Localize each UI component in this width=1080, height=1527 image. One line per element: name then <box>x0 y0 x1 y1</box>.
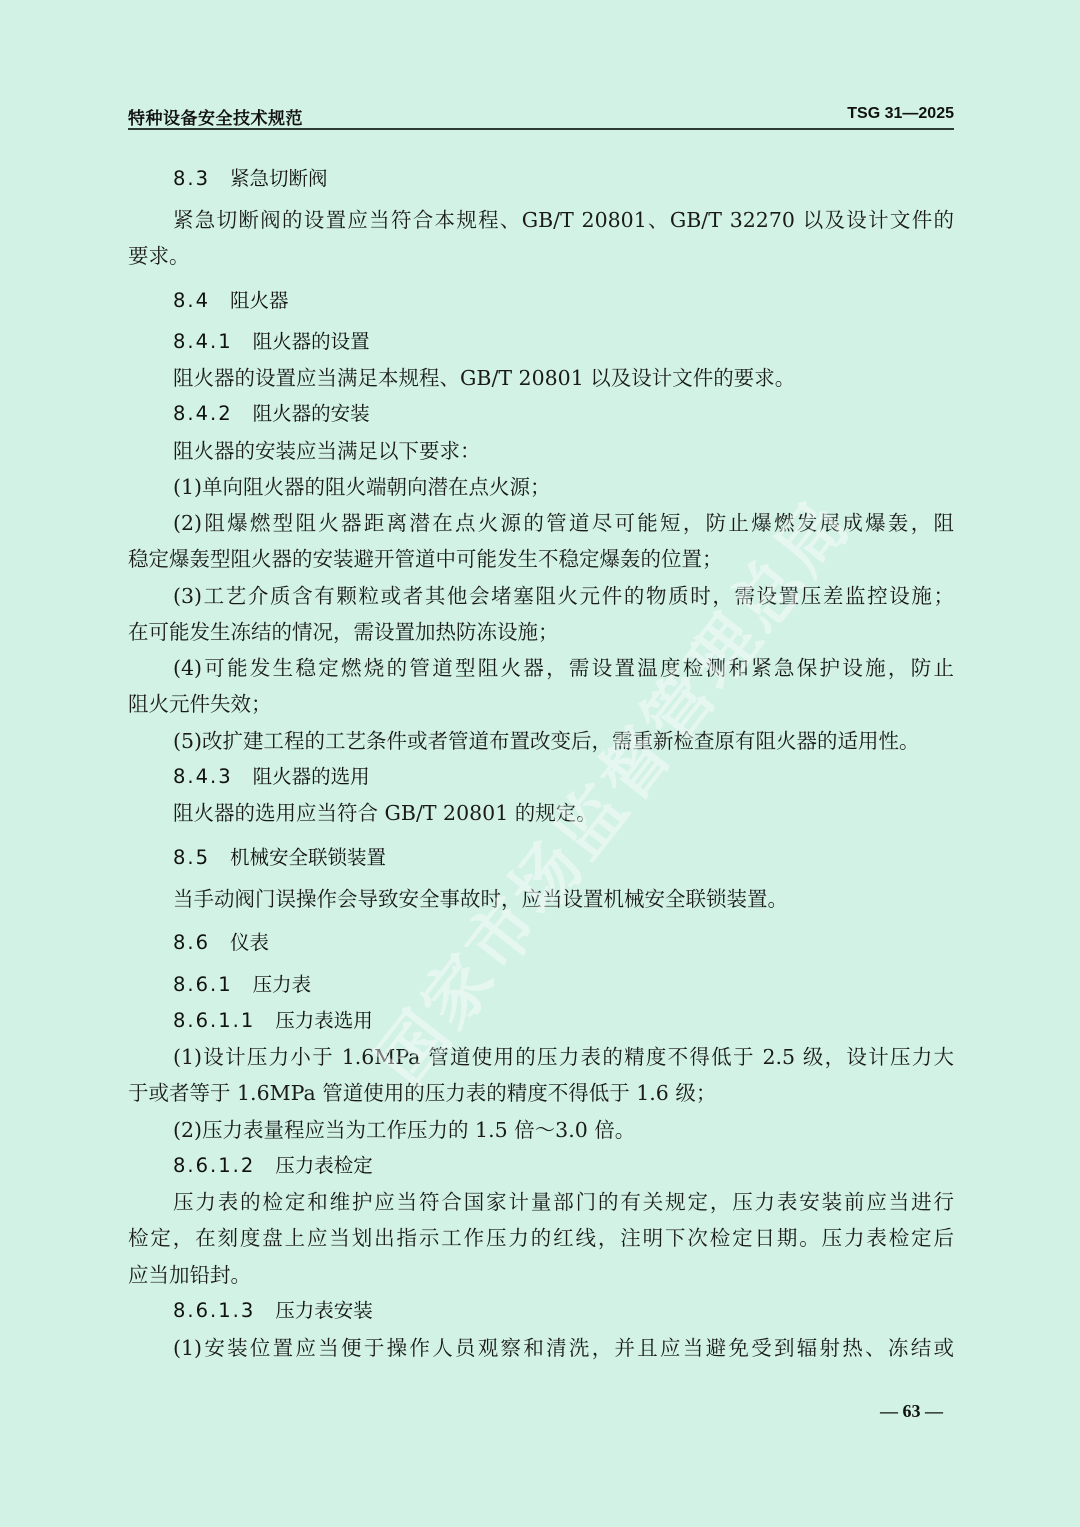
section-number: 8.6 <box>173 929 210 957</box>
section-number: 8.6.1.2 <box>173 1152 255 1180</box>
section-title: 阻火器的设置 <box>253 330 370 353</box>
running-header: 特种设备安全技术规范 TSG 31—2025 <box>128 104 954 130</box>
section-number: 8.4.1 <box>173 328 233 356</box>
paragraph-8-6-1-2-line3: 应当加铅封。 <box>128 1261 251 1289</box>
section-number: 8.4 <box>173 287 210 315</box>
section-title: 压力表安装 <box>275 1299 373 1322</box>
page-number: — 63 — <box>880 1401 943 1422</box>
section-heading-8-6-1-2: 8.6.1.2压力表检定 <box>173 1152 373 1180</box>
paragraph-8-3-line1: 紧急切断阀的设置应当符合本规程、GB/T 20801、GB/T 32270 以及… <box>173 206 954 234</box>
section-heading-8-6: 8.6仪表 <box>173 929 269 957</box>
section-heading-8-4: 8.4阻火器 <box>173 287 289 315</box>
header-standard-code: TSG 31—2025 <box>847 105 954 123</box>
section-number: 8.3 <box>173 165 210 193</box>
section-title: 压力表 <box>253 973 312 996</box>
section-title: 紧急切断阀 <box>230 167 328 190</box>
section-heading-8-4-3: 8.4.3阻火器的选用 <box>173 763 370 791</box>
list-item-8-4-2-2-line1: (2)阻爆燃型阻火器距离潜在点火源的管道尽可能短，防止爆燃发展成爆轰，阻 <box>173 509 954 537</box>
list-item-8-4-2-4-line2: 阻火元件失效； <box>128 690 272 718</box>
section-title: 阻火器的安装 <box>253 402 370 425</box>
section-title: 机械安全联锁装置 <box>230 846 386 869</box>
section-heading-8-6-1-1: 8.6.1.1压力表选用 <box>173 1007 373 1035</box>
paragraph-8-6-1-2-line1: 压力表的检定和维护应当符合国家计量部门的有关规定，压力表安装前应当进行 <box>173 1188 954 1216</box>
paragraph-8-3-line2: 要求。 <box>128 242 190 270</box>
list-item-8-6-1-1-1-line1: (1)设计压力小于 1.6MPa 管道使用的压力表的精度不得低于 2.5 级，设… <box>173 1043 954 1071</box>
list-item-8-4-2-3-line1: (3)工艺介质含有颗粒或者其他会堵塞阻火元件的物质时，需设置压差监控设施； <box>173 582 954 610</box>
section-number: 8.5 <box>173 844 210 872</box>
section-heading-8-6-1: 8.6.1压力表 <box>173 971 311 999</box>
list-item-8-4-2-4-line1: (4)可能发生稳定燃烧的管道型阻火器，需设置温度检测和紧急保护设施，防止 <box>173 654 954 682</box>
section-number: 8.6.1.3 <box>173 1297 255 1325</box>
section-number: 8.6.1 <box>173 971 233 999</box>
section-title: 阻火器 <box>230 289 289 312</box>
list-item-8-4-2-1: (1)单向阻火器的阻火端朝向潜在点火源； <box>173 473 551 501</box>
list-item-8-4-2-3-line2: 在可能发生冻结的情况，需设置加热防冻设施； <box>128 618 559 646</box>
section-title: 压力表检定 <box>275 1154 373 1177</box>
paragraph-8-4-2-intro: 阻火器的安装应当满足以下要求： <box>173 437 481 465</box>
section-heading-8-4-1: 8.4.1阻火器的设置 <box>173 328 370 356</box>
paragraph-8-4-1: 阻火器的设置应当满足本规程、GB/T 20801 以及设计文件的要求。 <box>173 364 795 392</box>
paragraph-8-4-3: 阻火器的选用应当符合 GB/T 20801 的规定。 <box>173 799 597 827</box>
section-number: 8.6.1.1 <box>173 1007 255 1035</box>
list-item-8-6-1-1-1-line2: 于或者等于 1.6MPa 管道使用的压力表的精度不得低于 1.6 级； <box>128 1079 716 1107</box>
paragraph-8-5: 当手动阀门误操作会导致安全事故时，应当设置机械安全联锁装置。 <box>173 885 788 913</box>
section-title: 阻火器的选用 <box>253 765 370 788</box>
section-title: 压力表选用 <box>275 1009 373 1032</box>
header-document-series: 特种设备安全技术规范 <box>128 104 303 129</box>
section-heading-8-3: 8.3紧急切断阀 <box>173 165 328 193</box>
paragraph-8-6-1-2-line2: 检定，在刻度盘上应当划出指示工作压力的红线，注明下次检定日期。压力表检定后 <box>128 1224 954 1252</box>
list-item-8-4-2-5: (5)改扩建工程的工艺条件或者管道布置改变后，需重新检查原有阻火器的适用性。 <box>173 727 920 755</box>
list-item-8-6-1-3-1-line1: (1)安装位置应当便于操作人员观察和清洗，并且应当避免受到辐射热、冻结或 <box>173 1334 954 1362</box>
section-heading-8-6-1-3: 8.6.1.3压力表安装 <box>173 1297 373 1325</box>
list-item-8-6-1-1-2: (2)压力表量程应当为工作压力的 1.5 倍～3.0 倍。 <box>173 1116 635 1144</box>
section-title: 仪表 <box>230 931 269 954</box>
section-heading-8-4-2: 8.4.2阻火器的安装 <box>173 400 370 428</box>
section-number: 8.4.3 <box>173 763 233 791</box>
section-number: 8.4.2 <box>173 400 233 428</box>
list-item-8-4-2-2-line2: 稳定爆轰型阻火器的安装避开管道中可能发生不稳定爆轰的位置； <box>128 545 723 573</box>
section-heading-8-5: 8.5机械安全联锁装置 <box>173 844 386 872</box>
